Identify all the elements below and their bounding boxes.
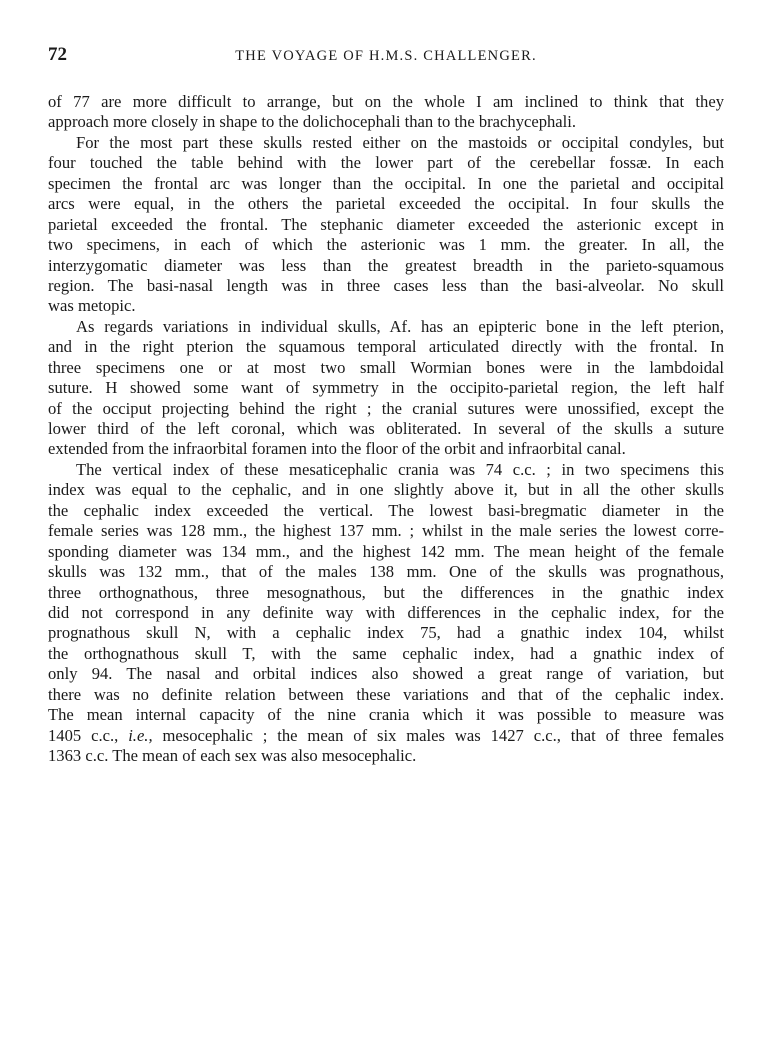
text-line: of 77 are more difficult to arrange, but… [48, 92, 724, 112]
text-line: interzygomatic diameter was less than th… [48, 256, 724, 276]
italic-abbreviation: i.e., [128, 726, 152, 745]
text-line: the cephalic index exceeded the vertical… [48, 501, 724, 521]
text-line: specimen the frontal arc was longer than… [48, 174, 724, 194]
paragraph: For the most part these skulls rested ei… [48, 133, 724, 317]
text-line: three specimens one or at most two small… [48, 358, 724, 378]
text-line: only 94. The nasal and orbital indices a… [48, 664, 724, 684]
text-line: and in the right pterion the squamous te… [48, 337, 724, 357]
text-line: did not correspond in any definite way w… [48, 603, 724, 623]
text-line: region. The basi-nasal length was in thr… [48, 276, 724, 296]
running-head: 72 THE VOYAGE OF H.M.S. CHALLENGER. [48, 44, 724, 66]
text-line: prognathous skull N, with a cephalic ind… [48, 623, 724, 643]
text-line: four touched the table behind with the l… [48, 153, 724, 173]
text-line: the orthognathous skull T, with the same… [48, 644, 724, 664]
text-line: lower third of the left coronal, which w… [48, 419, 724, 439]
text-line: The mean internal capacity of the nine c… [48, 705, 724, 725]
text-line: there was no definite relation between t… [48, 685, 724, 705]
text-line: extended from the infraorbital foramen i… [48, 439, 724, 459]
text-line: 1363 c.c. The mean of each sex was also … [48, 746, 724, 766]
text-line: The vertical index of these mesaticephal… [48, 460, 724, 480]
text-line: suture. H showed some want of symmetry i… [48, 378, 724, 398]
text-line: female series was 128 mm., the highest 1… [48, 521, 724, 541]
text-line: three orthognathous, three mesognathous,… [48, 583, 724, 603]
text-line: index was equal to the cephalic, and in … [48, 480, 724, 500]
text-line: 1405 c.c., i.e., mesocephalic ; the mean… [48, 726, 724, 746]
text-line: For the most part these skulls rested ei… [48, 133, 724, 153]
text-line: of the occiput projecting behind the rig… [48, 399, 724, 419]
text-line: arcs were equal, in the others the parie… [48, 194, 724, 214]
paragraph: The vertical index of these mesaticephal… [48, 460, 724, 767]
text-line: As regards variations in individual skul… [48, 317, 724, 337]
text-line: sponding diameter was 134 mm., and the h… [48, 542, 724, 562]
text-line: approach more closely in shape to the do… [48, 112, 724, 132]
paragraph: of 77 are more difficult to arrange, but… [48, 92, 724, 133]
text-line: skulls was 132 mm., that of the males 13… [48, 562, 724, 582]
body-text: of 77 are more difficult to arrange, but… [48, 92, 724, 766]
text-line: two specimens, in each of which the aste… [48, 235, 724, 255]
paragraph: As regards variations in individual skul… [48, 317, 724, 460]
text-line: parietal exceeded the frontal. The steph… [48, 215, 724, 235]
text-line: was metopic. [48, 296, 724, 316]
running-title: THE VOYAGE OF H.M.S. CHALLENGER. [48, 46, 724, 66]
